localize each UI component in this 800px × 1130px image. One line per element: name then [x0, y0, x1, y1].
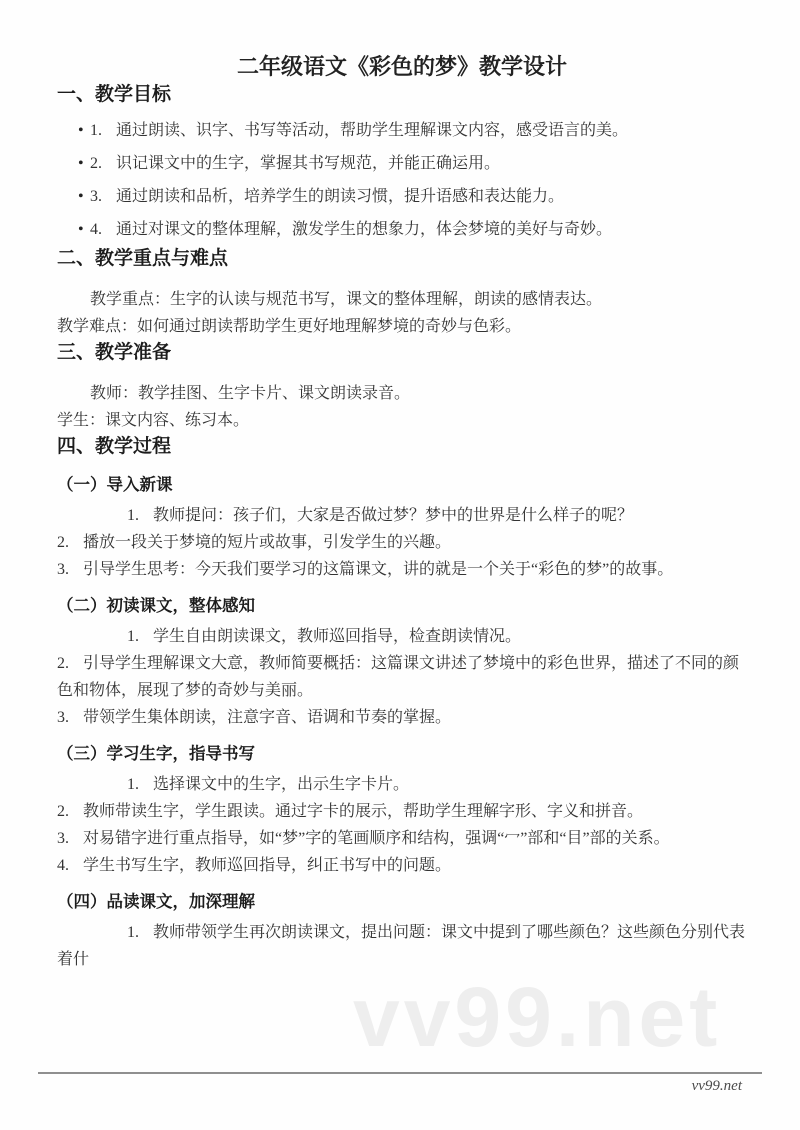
paragraph: 教学难点：如何通过朗读帮助学生更好地理解梦境的奇妙与色彩。 [57, 313, 747, 340]
step-item: 1.学生自由朗读课文，教师巡回指导，检查朗读情况。 [57, 623, 747, 650]
item-number: 3. [57, 556, 69, 583]
watermark: vv99.net [353, 975, 721, 1059]
item-number: 2. [57, 529, 69, 556]
subsection-heading-deep-reading: （四）品读课文，加深理解 [57, 891, 747, 913]
bullet-marker: • [78, 213, 90, 246]
item-number: 3. [90, 180, 102, 213]
list-item: •4.通过对课文的整体理解，激发学生的想象力，体会梦境的美好与奇妙。 [78, 213, 747, 246]
item-text: 教师带领学生再次朗读课文，提出问题：课文中提到了哪些颜色？这些颜色分别代表着什 [57, 924, 745, 968]
section-heading-preparation: 三、教学准备 [57, 340, 747, 366]
step-item: 2.引导学生理解课文大意，教师简要概括：这篇课文讲述了梦境中的彩色世界，描述了不… [57, 650, 747, 704]
item-text: 教师带读生字，学生跟读。通过字卡的展示，帮助学生理解字形、字义和拼音。 [83, 803, 643, 820]
item-text: 通过朗读、识字、书写等活动，帮助学生理解课文内容，感受语言的美。 [116, 122, 628, 139]
item-text: 通过朗读和品析，培养学生的朗读习惯，提升语感和表达能力。 [116, 188, 564, 205]
bullet-marker: • [78, 114, 90, 147]
item-number: 2. [57, 798, 69, 825]
item-number: 1. [90, 114, 102, 147]
paragraph: 教师：教学挂图、生字卡片、课文朗读录音。 [57, 380, 747, 407]
item-text: 选择课文中的生字，出示生字卡片。 [153, 776, 409, 793]
item-text: 学生书写生字，教师巡回指导，纠正书写中的问题。 [83, 857, 451, 874]
item-number: 1. [92, 919, 139, 946]
objectives-list: •1.通过朗读、识字、书写等活动，帮助学生理解课文内容，感受语言的美。 •2.识… [57, 114, 747, 246]
item-number: 1. [92, 502, 139, 529]
item-text: 引导学生理解课文大意，教师简要概括：这篇课文讲述了梦境中的彩色世界，描述了不同的… [57, 655, 739, 699]
item-text: 引导学生思考：今天我们要学习的这篇课文，讲的就是一个关于“彩色的梦”的故事。 [83, 561, 673, 578]
item-text: 带领学生集体朗读，注意字音、语调和节奏的掌握。 [83, 709, 451, 726]
item-number: 2. [57, 650, 69, 677]
bullet-marker: • [78, 180, 90, 213]
list-item: •3.通过朗读和品析，培养学生的朗读习惯，提升语感和表达能力。 [78, 180, 747, 213]
section-heading-process: 四、教学过程 [57, 434, 747, 460]
subsection-heading-new-characters: （三）学习生字，指导书写 [57, 743, 747, 765]
item-number: 1. [92, 771, 139, 798]
item-text: 教师提问：孩子们，大家是否做过梦？梦中的世界是什么样子的呢？ [153, 507, 633, 524]
item-text: 识记课文中的生字，掌握其书写规范，并能正确运用。 [116, 155, 500, 172]
item-text: 播放一段关于梦境的短片或故事，引发学生的兴趣。 [83, 534, 451, 551]
item-number: 3. [57, 825, 69, 852]
item-number: 4. [90, 213, 102, 246]
list-item: •2.识记课文中的生字，掌握其书写规范，并能正确运用。 [78, 147, 747, 180]
footer-divider [38, 1072, 762, 1074]
step-item: 1.教师带领学生再次朗读课文，提出问题：课文中提到了哪些颜色？这些颜色分别代表着… [57, 919, 747, 973]
step-item: 1.选择课文中的生字，出示生字卡片。 [57, 771, 747, 798]
item-text: 学生自由朗读课文，教师巡回指导，检查朗读情况。 [153, 628, 521, 645]
subsection-heading-first-reading: （二）初读课文，整体感知 [57, 595, 747, 617]
section-heading-objectives: 一、教学目标 [57, 82, 747, 108]
document-page: vv99.net 二年级语文《彩色的梦》教学设计 一、教学目标 •1.通过朗读、… [0, 0, 800, 1130]
item-number: 3. [57, 704, 69, 731]
footer-site-text: vv99.net [692, 1078, 742, 1095]
item-text: 对易错字进行重点指导，如“梦”字的笔画顺序和结构，强调“冖”部和“目”部的关系。 [83, 830, 670, 847]
item-number: 4. [57, 852, 69, 879]
step-item: 3.带领学生集体朗读，注意字音、语调和节奏的掌握。 [57, 704, 747, 731]
step-item: 1.教师提问：孩子们，大家是否做过梦？梦中的世界是什么样子的呢？ [57, 502, 747, 529]
bullet-marker: • [78, 147, 90, 180]
page-content: 二年级语文《彩色的梦》教学设计 一、教学目标 •1.通过朗读、识字、书写等活动，… [0, 0, 800, 973]
section-heading-key-points: 二、教学重点与难点 [57, 246, 747, 272]
list-item: •1.通过朗读、识字、书写等活动，帮助学生理解课文内容，感受语言的美。 [78, 114, 747, 147]
paragraph: 学生：课文内容、练习本。 [57, 407, 747, 434]
step-item: 3.对易错字进行重点指导，如“梦”字的笔画顺序和结构，强调“冖”部和“目”部的关… [57, 825, 747, 852]
paragraph: 教学重点：生字的认读与规范书写，课文的整体理解，朗读的感情表达。 [57, 286, 747, 313]
step-item: 2.播放一段关于梦境的短片或故事，引发学生的兴趣。 [57, 529, 747, 556]
step-item: 3.引导学生思考：今天我们要学习的这篇课文，讲的就是一个关于“彩色的梦”的故事。 [57, 556, 747, 583]
item-number: 1. [92, 623, 139, 650]
item-number: 2. [90, 147, 102, 180]
step-item: 4.学生书写生字，教师巡回指导，纠正书写中的问题。 [57, 852, 747, 879]
item-text: 通过对课文的整体理解，激发学生的想象力，体会梦境的美好与奇妙。 [116, 221, 612, 238]
document-title: 二年级语文《彩色的梦》教学设计 [57, 0, 747, 82]
step-item: 2.教师带读生字，学生跟读。通过字卡的展示，帮助学生理解字形、字义和拼音。 [57, 798, 747, 825]
subsection-heading-intro: （一）导入新课 [57, 474, 747, 496]
